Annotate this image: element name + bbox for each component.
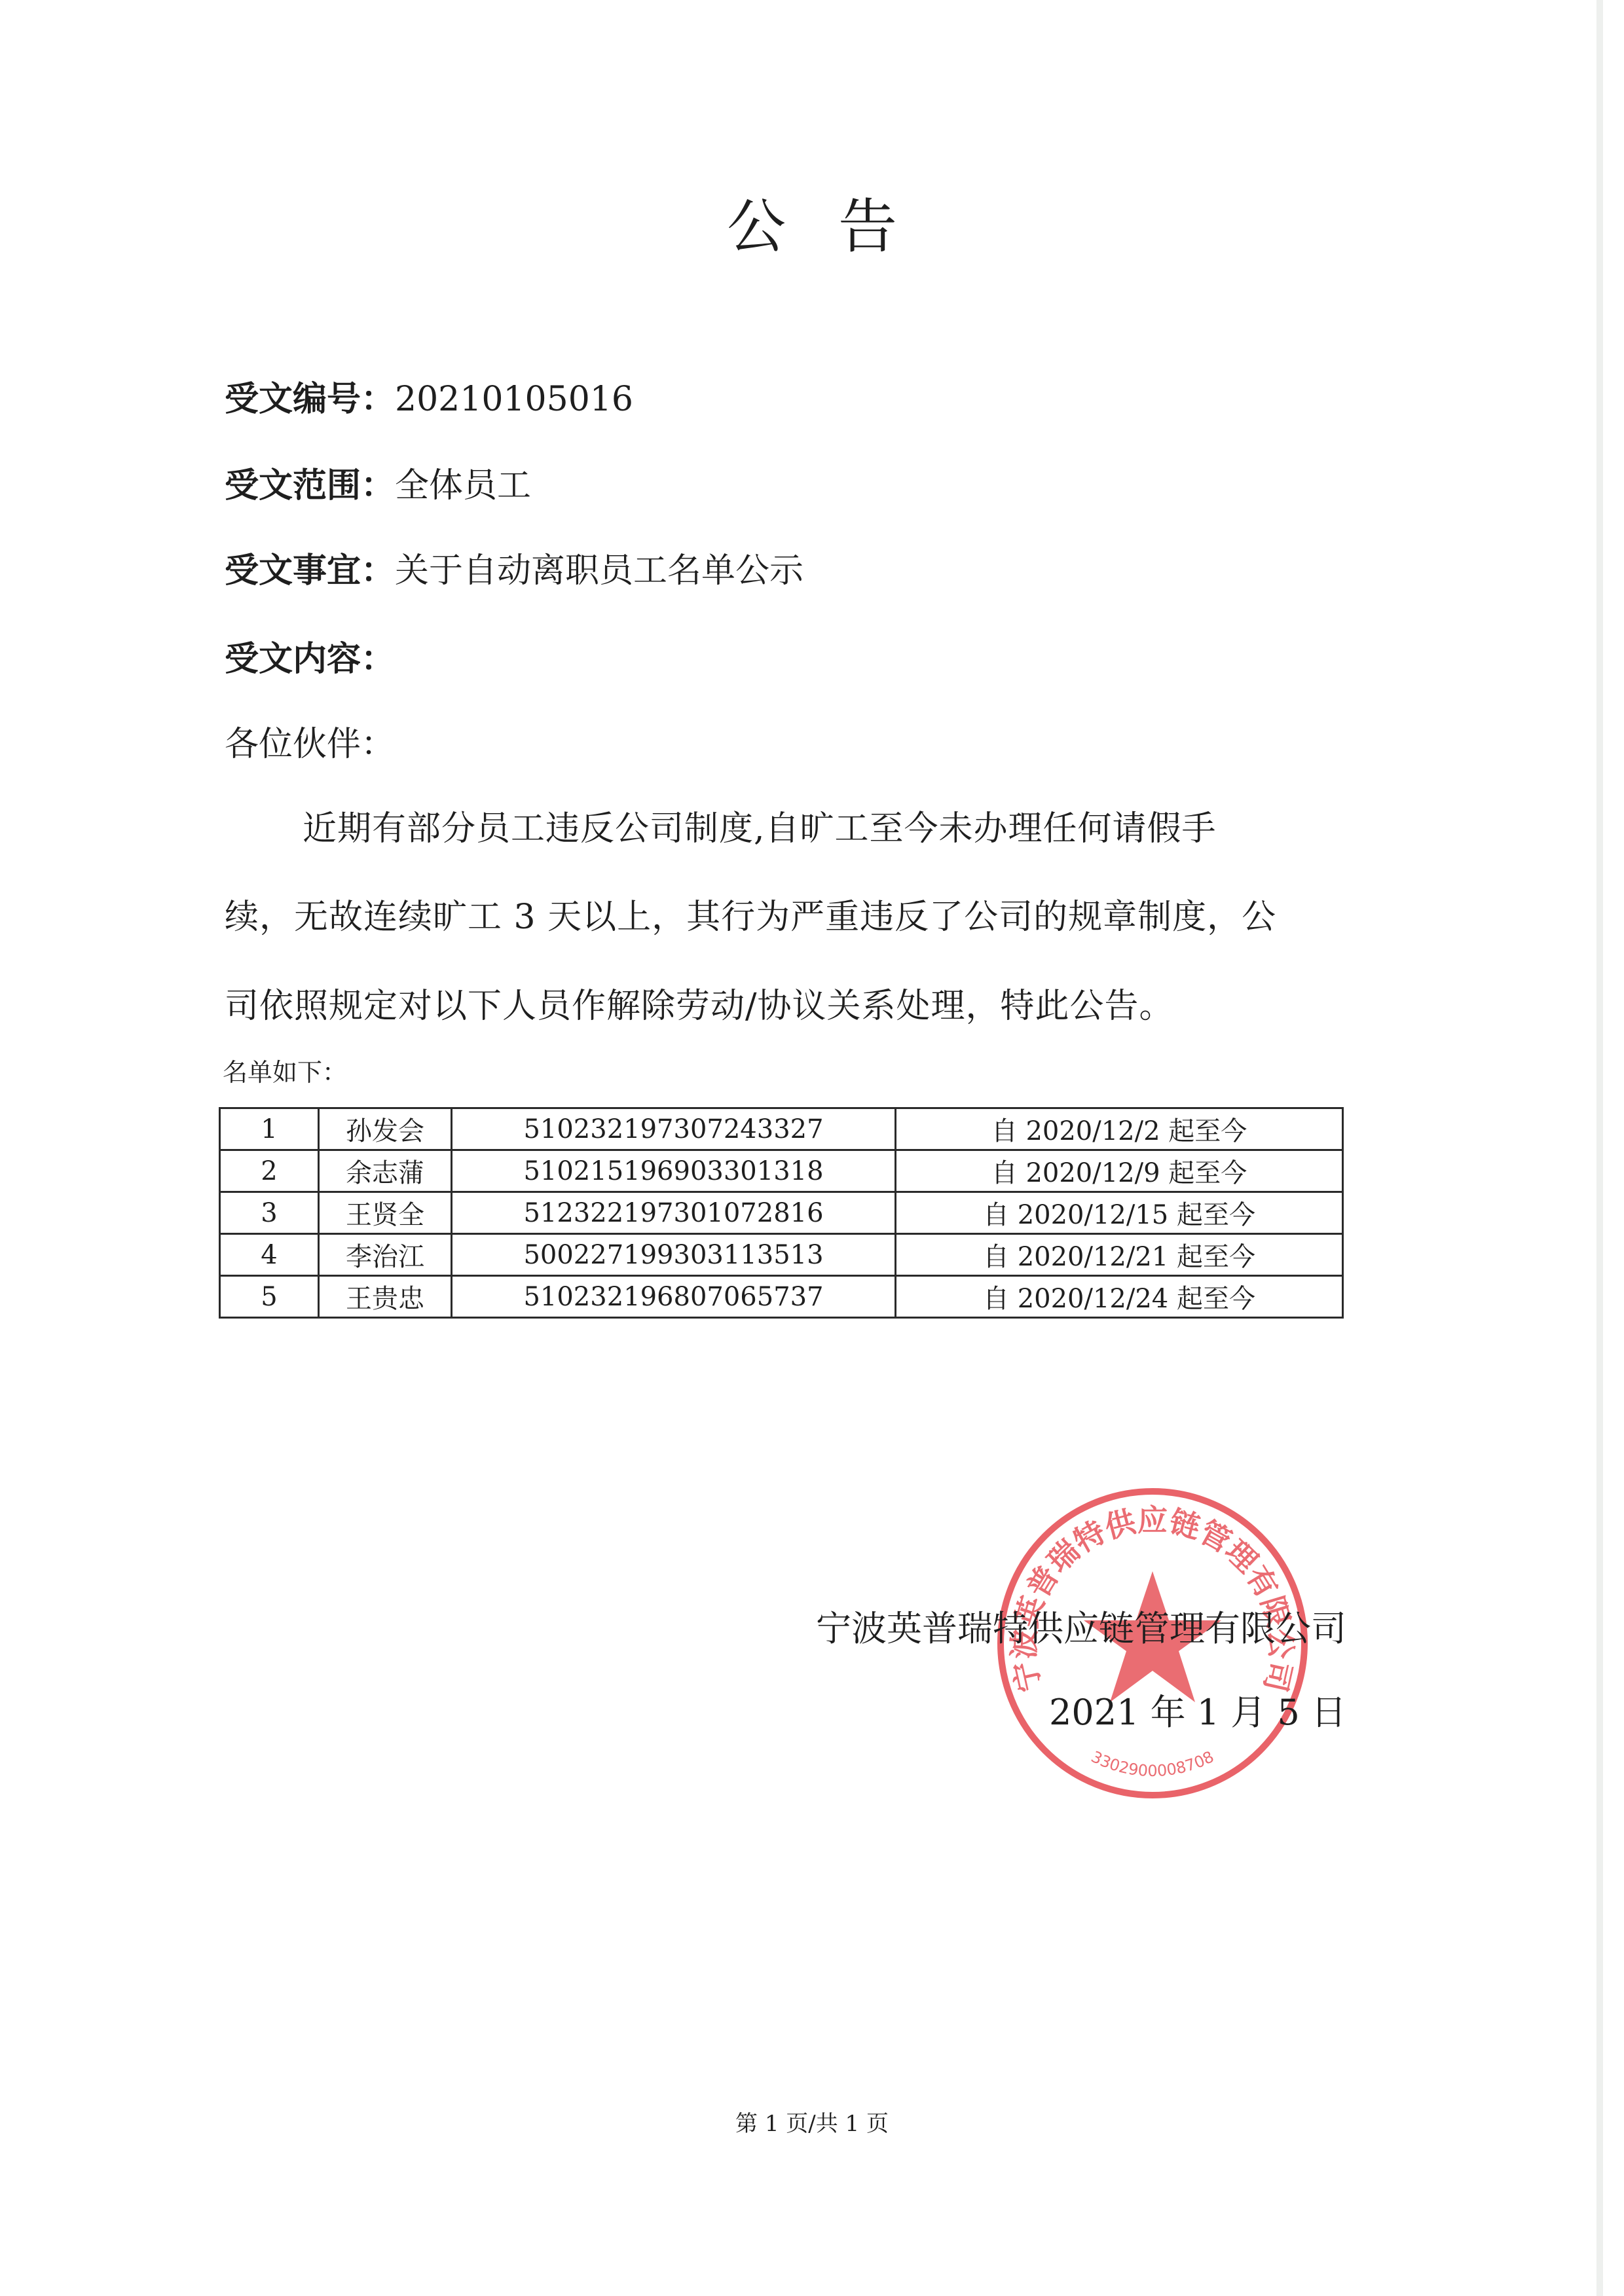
cell-name: 孙发会 bbox=[319, 1108, 452, 1150]
cell-period: 自 2020/12/2 起至今 bbox=[896, 1108, 1343, 1150]
signature-company: 宁波英普瑞特供应链管理有限公司 bbox=[816, 1607, 1346, 1650]
signature-date: 2021 年 1 月 5 日 bbox=[1049, 1691, 1346, 1734]
field-content: 受文内容： bbox=[225, 638, 395, 680]
field-label: 受文事宜： bbox=[225, 551, 395, 591]
cell-name: 王贤全 bbox=[319, 1192, 452, 1234]
table-row: 2 余志蒲 510215196903301318 自 2020/12/9 起至今 bbox=[220, 1150, 1343, 1192]
field-subject: 受文事宜：关于自动离职员工名单公示 bbox=[225, 550, 803, 592]
cell-id: 510232196807065737 bbox=[452, 1276, 896, 1318]
cell-name: 余志蒲 bbox=[319, 1150, 452, 1192]
cell-no: 3 bbox=[220, 1192, 319, 1234]
field-label: 受文编号： bbox=[225, 380, 395, 419]
body-line-2: 续，无故连续旷工 3 天以上，其行为严重违反了公司的规章制度，公 bbox=[225, 896, 1276, 938]
cell-name: 王贵忠 bbox=[319, 1276, 452, 1318]
cell-id: 500227199303113513 bbox=[452, 1234, 896, 1276]
field-doc-number: 受文编号：20210105016 bbox=[225, 378, 633, 420]
scan-edge-shadow bbox=[1596, 0, 1603, 2296]
page-title: 公告 bbox=[0, 191, 1624, 263]
table-row: 5 王贵忠 510232196807065737 自 2020/12/24 起至… bbox=[220, 1276, 1343, 1318]
greeting: 各位伙伴： bbox=[225, 723, 395, 765]
cell-period: 自 2020/12/24 起至今 bbox=[896, 1276, 1343, 1318]
cell-no: 5 bbox=[220, 1276, 319, 1318]
field-value: 关于自动离职员工名单公示 bbox=[395, 551, 803, 591]
cell-id: 510215196903301318 bbox=[452, 1150, 896, 1192]
field-value: 20210105016 bbox=[395, 380, 633, 419]
cell-period: 自 2020/12/21 起至今 bbox=[896, 1234, 1343, 1276]
svg-text:3302900008708: 3302900008708 bbox=[1088, 1747, 1217, 1780]
table-row: 4 李治江 500227199303113513 自 2020/12/21 起至… bbox=[220, 1234, 1343, 1276]
field-label: 受文内容： bbox=[225, 640, 395, 679]
table-row: 3 王贤全 512322197301072816 自 2020/12/15 起至… bbox=[220, 1192, 1343, 1234]
field-label: 受文范围： bbox=[225, 466, 395, 505]
roster-table: 1 孙发会 510232197307243327 自 2020/12/2 起至今… bbox=[219, 1107, 1344, 1319]
field-value: 全体员工 bbox=[395, 466, 531, 505]
body-line-3: 司依照规定对以下人员作解除劳动/协议关系处理，特此公告。 bbox=[225, 985, 1174, 1027]
table-row: 1 孙发会 510232197307243327 自 2020/12/2 起至今 bbox=[220, 1108, 1343, 1150]
page-footer: 第 1 页/共 1 页 bbox=[0, 2109, 1624, 2138]
cell-no: 2 bbox=[220, 1150, 319, 1192]
field-scope: 受文范围：全体员工 bbox=[225, 465, 531, 507]
cell-period: 自 2020/12/15 起至今 bbox=[896, 1192, 1343, 1234]
cell-no: 1 bbox=[220, 1108, 319, 1150]
list-label: 名单如下： bbox=[223, 1057, 347, 1087]
cell-no: 4 bbox=[220, 1234, 319, 1276]
cell-period: 自 2020/12/9 起至今 bbox=[896, 1150, 1343, 1192]
cell-id: 512322197301072816 bbox=[452, 1192, 896, 1234]
cell-id: 510232197307243327 bbox=[452, 1108, 896, 1150]
cell-name: 李治江 bbox=[319, 1234, 452, 1276]
body-line-1: 近期有部分员工违反公司制度,自旷工至今未办理任何请假手 bbox=[303, 808, 1217, 850]
